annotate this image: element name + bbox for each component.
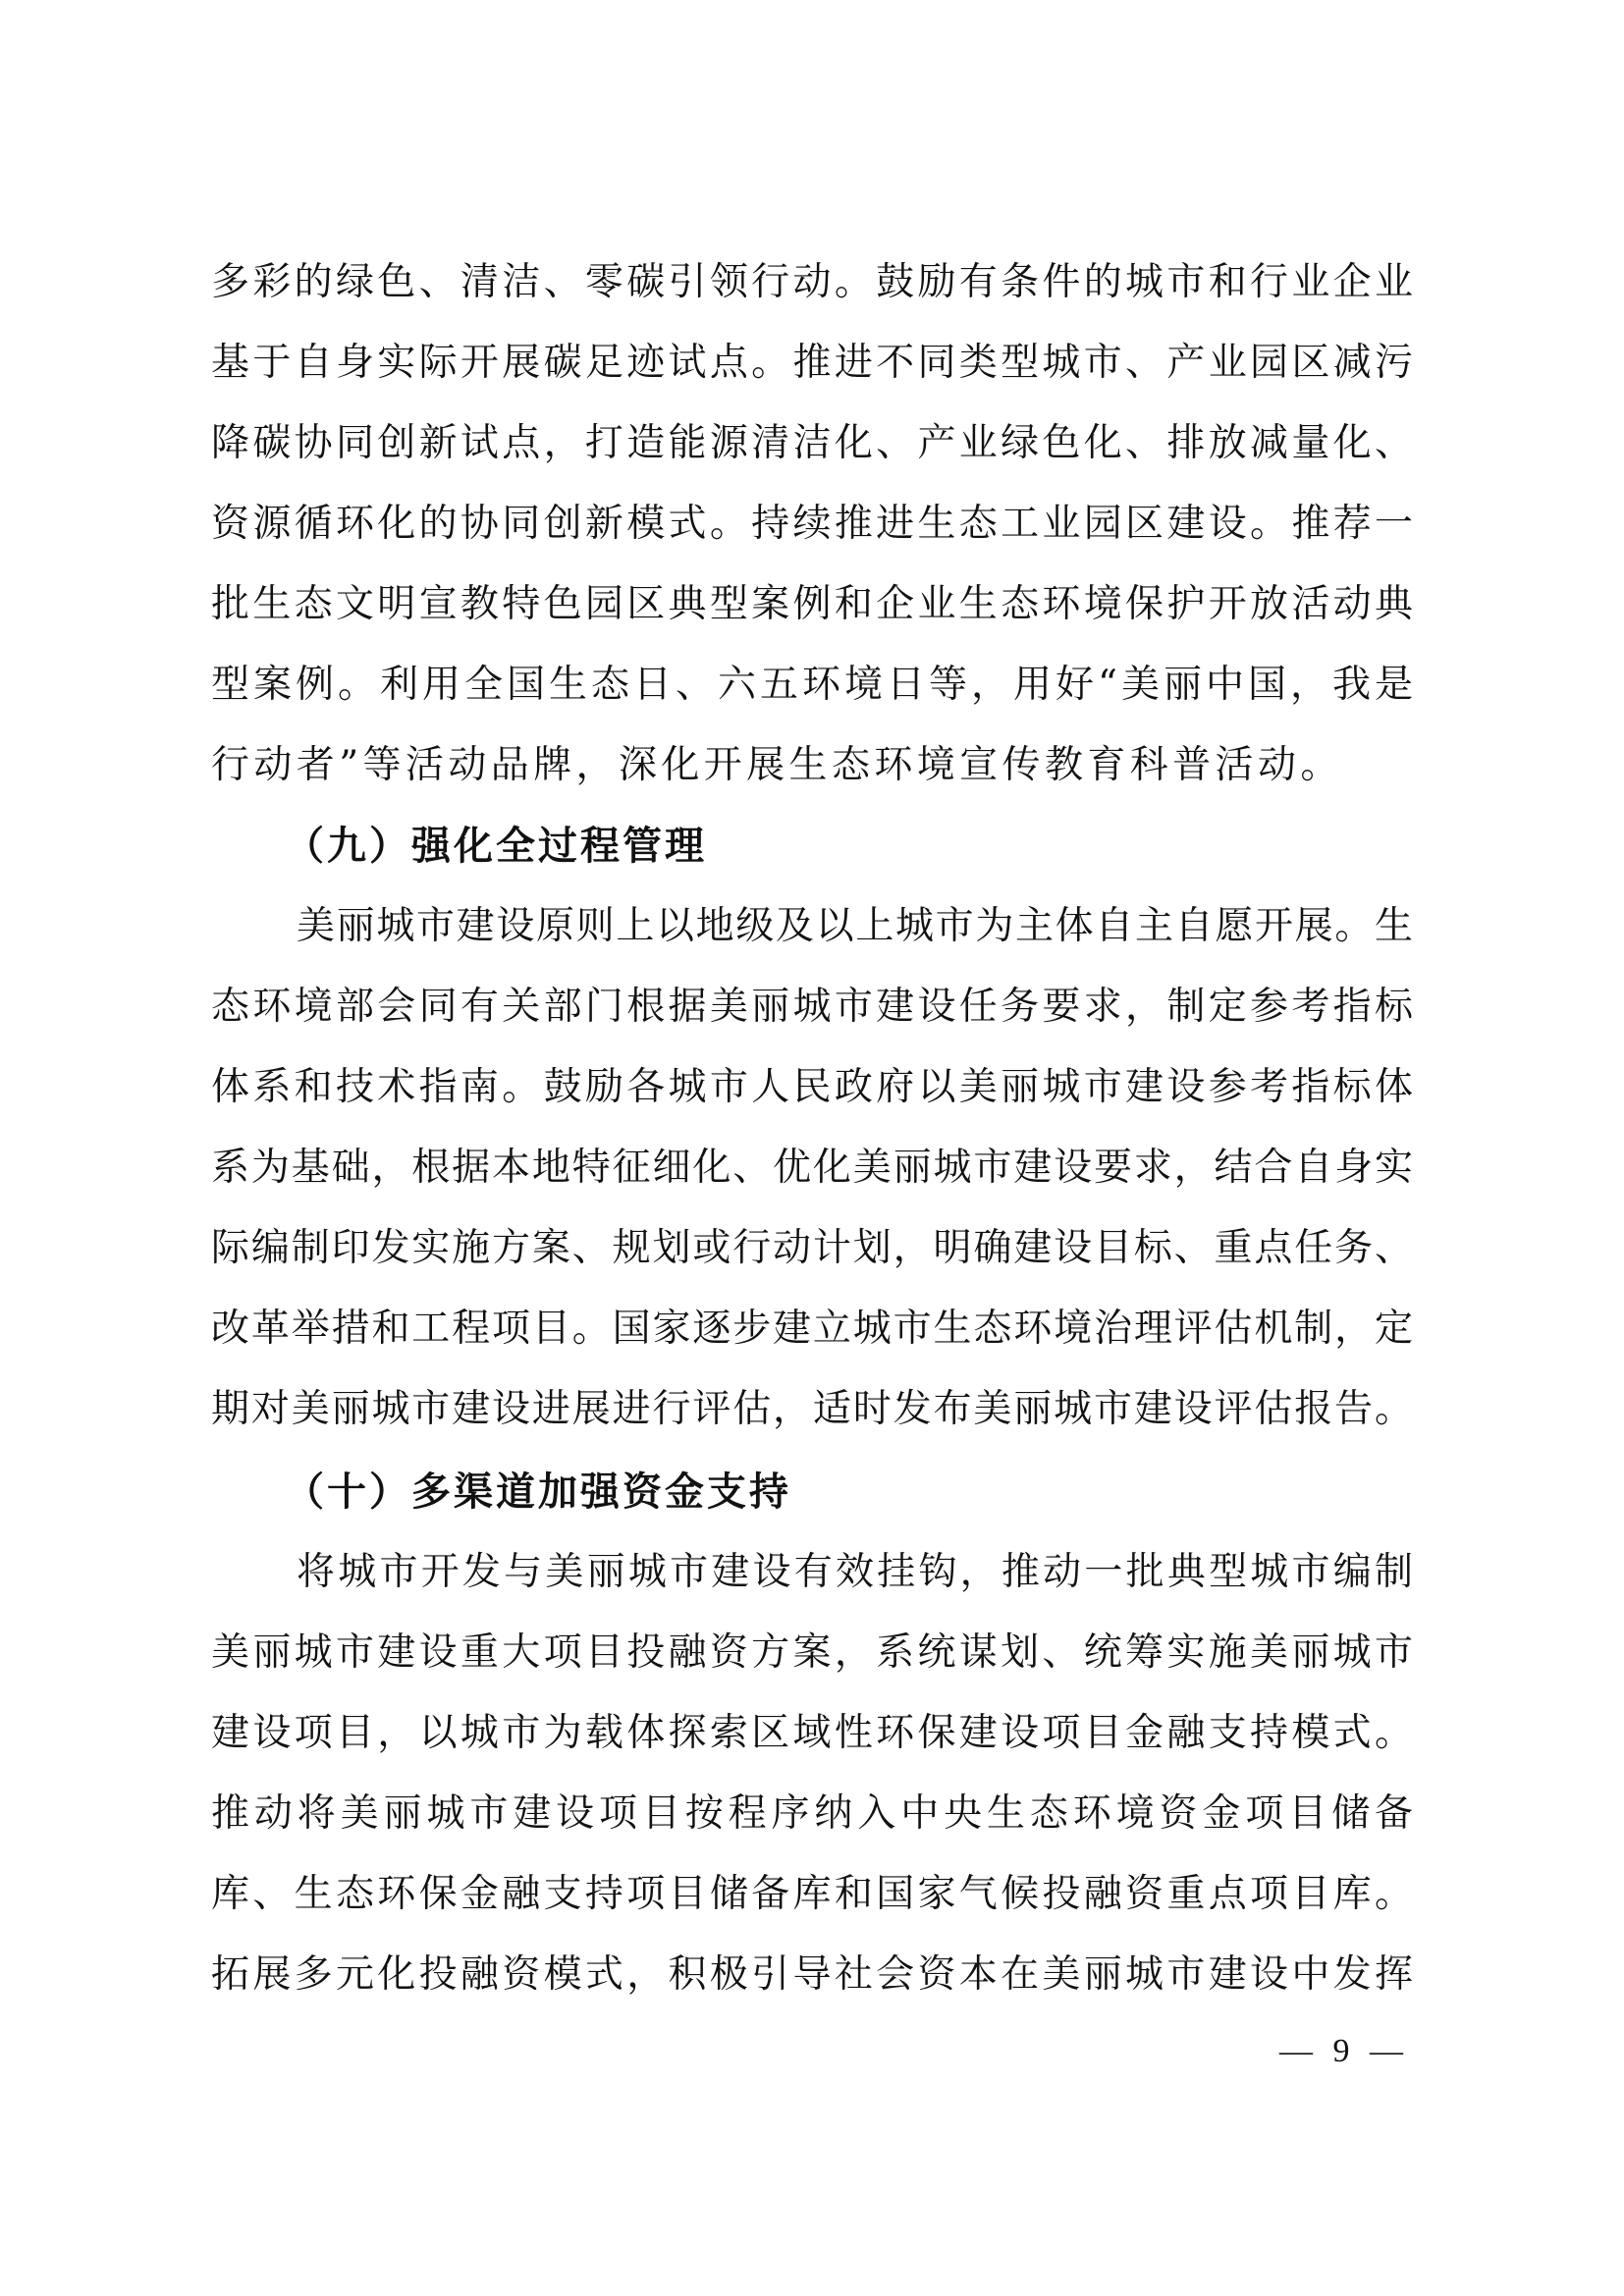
text-line: 体系和技术指南。鼓励各城市人民政府以美丽城市建设参考指标体 <box>211 1047 1413 1128</box>
text-line: 拓展多元化投融资模式，积极引导社会资本在美丽城市建设中发挥 <box>211 1935 1413 2015</box>
text-line: 降碳协同创新试点，打造能源清洁化、产业绿色化、排放减量化、 <box>211 403 1413 484</box>
text-line: 行动者”等活动品牌，深化开展生态环境宣传教育科普活动。 <box>211 725 1413 806</box>
text-line: 美丽城市建设重大项目投融资方案，系统谋划、统筹实施美丽城市 <box>211 1613 1413 1693</box>
page-number: — 9 — <box>1263 2030 1420 2073</box>
text-line: 改革举措和工程项目。国家逐步建立城市生态环境治理评估机制，定 <box>211 1289 1413 1369</box>
text-line: 态环境部会同有关部门根据美丽城市建设任务要求，制定参考指标 <box>211 967 1413 1047</box>
text-line: 美丽城市建设原则上以地级及以上城市为主体自主自愿开展。生 <box>297 886 1413 967</box>
section-heading-10: （十）多渠道加强资金支持 <box>285 1452 791 1532</box>
document-page: 多彩的绿色、清洁、零碳引领行动。鼓励有条件的城市和行业企业 基于自身实际开展碳足… <box>0 0 1624 2296</box>
text-line: 库、生态环保金融支持项目储备库和国家气候投融资重点项目库。 <box>211 1854 1413 1935</box>
section-heading-9: （九）强化全过程管理 <box>285 806 707 886</box>
text-line: 基于自身实际开展碳足迹试点。推进不同类型城市、产业园区减污 <box>211 323 1413 403</box>
text-line: 际编制印发实施方案、规划或行动计划，明确建设目标、重点任务、 <box>211 1208 1413 1289</box>
text-line: 批生态文明宣教特色园区典型案例和企业生态环境保护开放活动典 <box>211 564 1413 645</box>
text-line: 将城市开发与美丽城市建设有效挂钩，推动一批典型城市编制 <box>297 1532 1413 1613</box>
text-line: 期对美丽城市建设进展进行评估，适时发布美丽城市建设评估报告。 <box>211 1369 1413 1450</box>
text-line: 资源循环化的协同创新模式。持续推进生态工业园区建设。推荐一 <box>211 484 1413 564</box>
text-line: 型案例。利用全国生态日、六五环境日等，用好“美丽中国，我是 <box>211 645 1413 725</box>
text-line: 推动将美丽城市建设项目按程序纳入中央生态环境资金项目储备 <box>211 1774 1413 1854</box>
text-line: 建设项目，以城市为载体探索区域性环保建设项目金融支持模式。 <box>211 1693 1413 1774</box>
text-line: 系为基础，根据本地特征细化、优化美丽城市建设要求，结合自身实 <box>211 1128 1413 1208</box>
text-line: 多彩的绿色、清洁、零碳引领行动。鼓励有条件的城市和行业企业 <box>211 242 1413 323</box>
